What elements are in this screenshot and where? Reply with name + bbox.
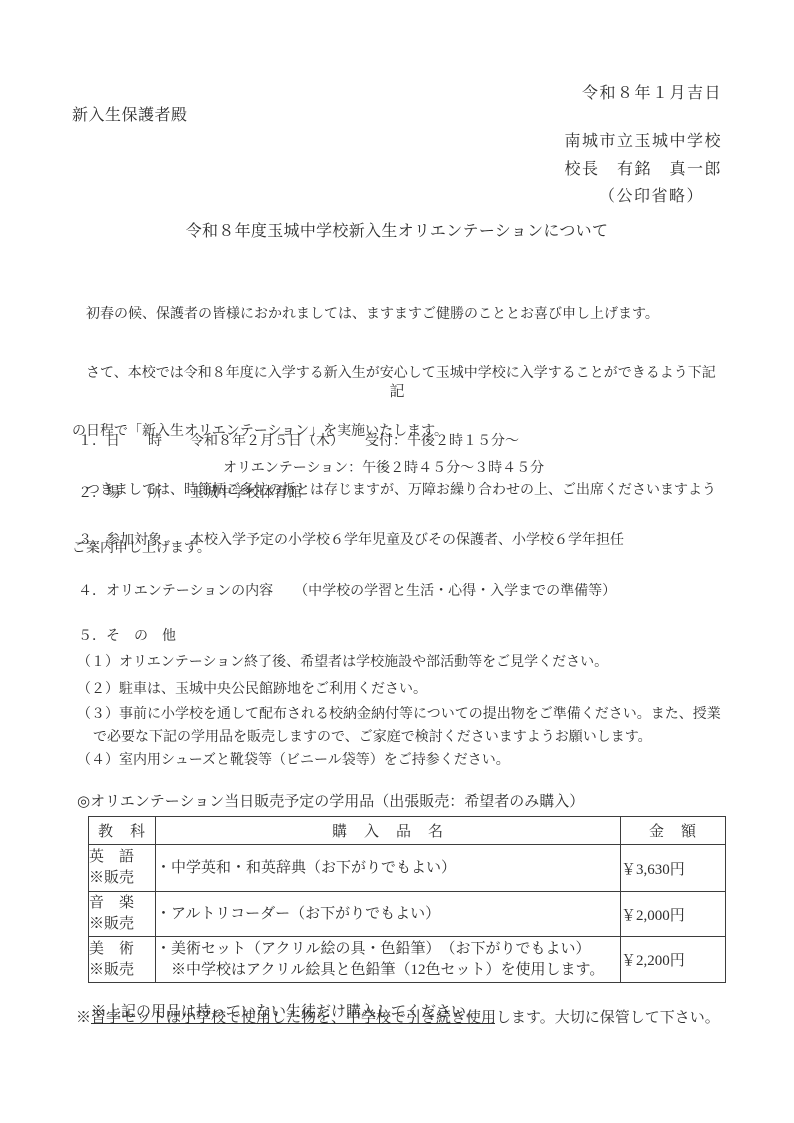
sales-table: 教 科 購 入 品 名 金 額 英 語 ※販売 ・中学英和・和英辞典（お下がりで… <box>88 816 726 983</box>
item-line: ・中学英和・和英辞典（お下がりでもよい） <box>156 858 620 879</box>
subject-note: ※販売 <box>89 914 155 935</box>
table-row: 英 語 ※販売 ・中学英和・和英辞典（お下がりでもよい） ￥3,630円 <box>89 845 726 892</box>
table-header-row: 教 科 購 入 品 名 金 額 <box>89 817 726 845</box>
price-cell: ￥2,000円 <box>621 892 726 937</box>
subject-cell: 英 語 ※販売 <box>89 845 156 892</box>
sales-table-caption: ◎オリエンテーション当日販売予定の学用品（出張販売：希望者のみ購入） <box>77 792 584 812</box>
sub-item-3: （３）事前に小学校を通して配布される校納金納付等についての提出物をご準備ください… <box>77 705 721 725</box>
sub-item-3-continuation: で必要な下記の学用品を販売しますので、ご家庭で検討くださいますようお願いします。 <box>93 728 652 748</box>
subject-name: 音 楽 <box>89 893 155 914</box>
subject-name: 美 術 <box>89 939 155 960</box>
doc-title: 令和８年度玉城中学校新入生オリエンテーションについて <box>0 222 794 242</box>
price-cell: ￥3,630円 <box>621 845 726 892</box>
subject-note: ※販売 <box>89 868 155 889</box>
item-line: ・美術セット（アクリル絵の具・色鉛筆） （お下がりでもよい） <box>156 939 620 960</box>
record-heading: 記 <box>0 382 794 402</box>
list-item-datetime: １．日 時 令和８年２月５日（木） 受付：午後２時１５分～ <box>78 432 519 452</box>
col-header-item: 購 入 品 名 <box>156 817 621 845</box>
sub-item-1: （１）オリエンテーション終了後、希望者は学校施設や部活動等をご見学ください。 <box>77 653 608 673</box>
list-item-others: ５．そ の 他 <box>78 627 176 647</box>
subject-name: 英 語 <box>89 847 155 868</box>
list-item-datetime-continuation: オリエンテーション：午後２時４５分～３時４５分 <box>223 459 544 479</box>
greeting-line: 初春の候、保護者の皆様におかれましては、ますますご健勝のこととお喜び申し上げます… <box>72 305 716 325</box>
greeting-line: さて、本校では令和８年度に入学する新入生が安心して玉城中学校に入学することができ… <box>72 364 716 384</box>
item-cell: ・アルトリコーダー（お下がりでもよい） <box>156 892 621 937</box>
sender-seal-note: （公印省略） <box>599 187 704 207</box>
sender-school: 南城市立玉城中学校 <box>564 132 722 152</box>
document-page: 令和８年１月吉日 新入生保護者殿 南城市立玉城中学校 校長 有銘 真一郎 （公印… <box>0 0 794 1123</box>
sender-principal: 校長 有銘 真一郎 <box>564 160 722 180</box>
list-item-participants: ３．参加対象 本校入学予定の小学校６学年児童及びその保護者、小学校６学年担任 <box>78 531 624 551</box>
list-item-contents: ４．オリエンテーションの内容 （中学校の学習と生活・心得・入学までの準備等） <box>78 582 616 602</box>
subject-note: ※販売 <box>89 960 155 981</box>
item-line: ・アルトリコーダー（お下がりでもよい） <box>156 904 620 925</box>
col-header-subject: 教 科 <box>89 817 156 845</box>
footnote-calligraphy: ※習字セットは小学校で使用した物を、中学校で引き続き使用します。大切に保管して下… <box>76 1007 720 1029</box>
doc-date: 令和８年１月吉日 <box>582 84 722 104</box>
sub-item-4: （４）室内用シューズと靴袋等（ビニール袋等）をご持参ください。 <box>77 751 510 771</box>
col-header-price: 金 額 <box>621 817 726 845</box>
table-row: 美 術 ※販売 ・美術セット（アクリル絵の具・色鉛筆） （お下がりでもよい） ※… <box>89 937 726 983</box>
price-cell: ￥2,200円 <box>621 937 726 983</box>
item-cell: ・美術セット（アクリル絵の具・色鉛筆） （お下がりでもよい） ※中学校はアクリル… <box>156 937 621 983</box>
recipient: 新入生保護者殿 <box>72 106 188 126</box>
subject-cell: 音 楽 ※販売 <box>89 892 156 937</box>
table-row: 音 楽 ※販売 ・アルトリコーダー（お下がりでもよい） ￥2,000円 <box>89 892 726 937</box>
sub-item-2: （２）駐車は、玉城中央公民館跡地をご利用ください。 <box>77 680 427 700</box>
item-line: ※中学校はアクリル絵具と色鉛筆（12色セット）を使用します。 <box>156 960 620 981</box>
item-cell: ・中学英和・和英辞典（お下がりでもよい） <box>156 845 621 892</box>
subject-cell: 美 術 ※販売 <box>89 937 156 983</box>
list-item-place: ２．場 所 玉城中学校体育館 <box>78 484 302 504</box>
